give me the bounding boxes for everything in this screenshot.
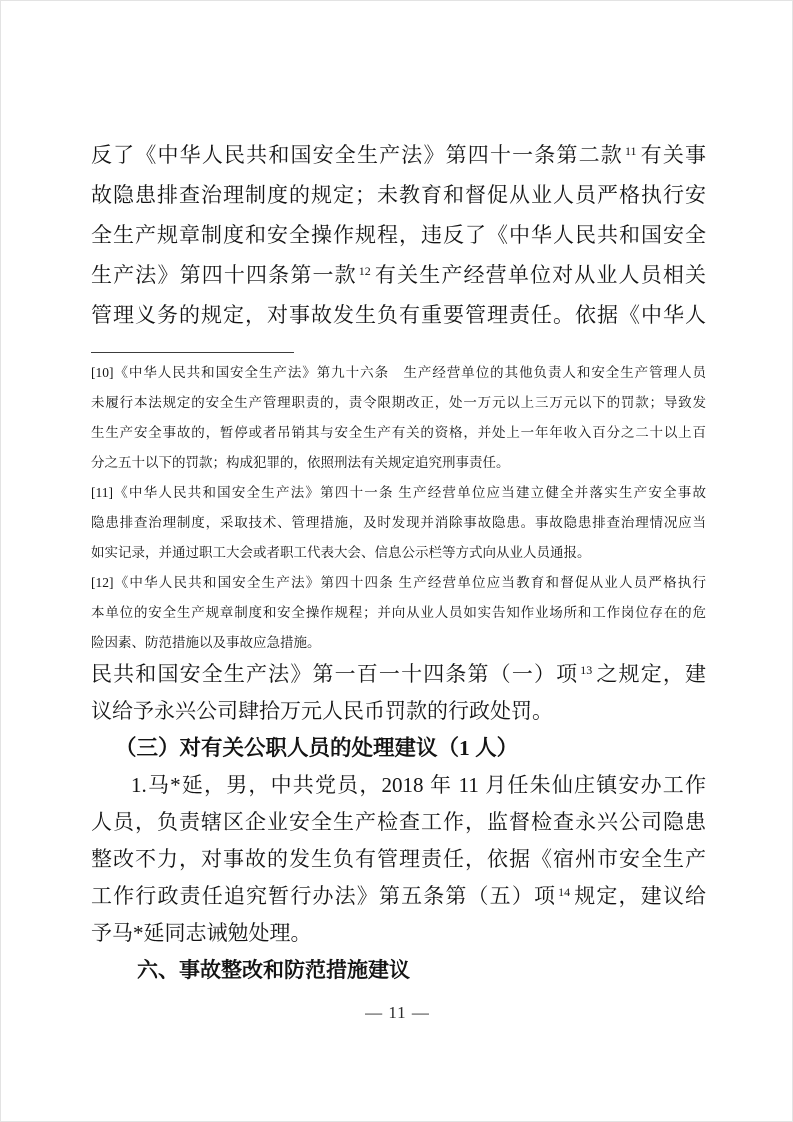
body-paragraph-top: 反了《中华人民共和国安全生产法》第四十一条第二款11有关事 故隐患排查治理制度的… [91,135,706,335]
body-paragraph-continuation: 民共和国安全生产法》第一百一十四条第（一）项13之规定，建 议给予永兴公司肆拾万… [91,656,706,989]
body-text-line: 全生产规章制度和安全操作规程，违反了《中华人民共和国安全 [91,215,706,255]
section-heading: 六、事故整改和防范措施建议 [91,952,706,989]
footnote-line: 分之五十以下的罚款；构成犯罪的，依照刑法有关规定追究刑事责任。 [91,448,706,478]
footnote-line: 如实记录，并通过职工大会或者职工代表大会、信息公示栏等方式向从业人员通报。 [91,538,706,568]
footnote-line: [10]《中华人民共和国安全生产法》第九十六条 生产经营单位的其他负责人和安全生… [91,358,706,388]
footnote-line: 未履行本法规定的安全生产管理职责的，责令限期改正，处一万元以上三万元以下的罚款；… [91,388,706,418]
subsection-heading: （三）对有关公职人员的处理建议（1 人） [91,730,706,767]
footnote-ref: 13 [580,663,592,677]
body-text-line: 予马*延同志诫勉处理。 [91,915,706,952]
body-text-line: 故隐患排查治理制度的规定；未教育和督促从业人员严格执行安 [91,175,706,215]
body-text-line: 民共和国安全生产法》第一百一十四条第（一）项13之规定，建 [91,656,706,693]
footnote-ref: 11 [625,144,637,158]
footnote-ref: 12 [359,264,371,278]
body-text-line: 反了《中华人民共和国安全生产法》第四十一条第二款11有关事 [91,135,706,175]
body-text-line: 管理义务的规定，对事故发生负有重要管理责任。依据《中华人 [91,295,706,335]
footnote-separator [91,352,294,353]
footnote-line: 隐患排查治理制度，采取技术、管理措施，及时发现并消除事故隐患。事故隐患排查治理情… [91,508,706,538]
body-text-line: 议给予永兴公司肆拾万元人民币罚款的行政处罚。 [91,693,706,730]
footnote-line: [11]《中华人民共和国安全生产法》第四十一条 生产经营单位应当建立健全并落实生… [91,478,706,508]
footnote-line: 险因素、防范措施以及事故应急措施。 [91,628,706,658]
footnote-line: [12]《中华人民共和国安全生产法》第四十四条 生产经营单位应当教育和督促从业人… [91,568,706,598]
body-text-line: 生产法》第四十四条第一款12有关生产经营单位对从业人员相关 [91,255,706,295]
body-text-line: 人员，负责辖区企业安全生产检查工作，监督检查永兴公司隐患 [91,804,706,841]
footnote-line: 本单位的安全生产规章制度和安全操作规程；并向从业人员如实告知作业场所和工作岗位存… [91,598,706,628]
footnotes-section: [10]《中华人民共和国安全生产法》第九十六条 生产经营单位的其他负责人和安全生… [91,358,706,658]
document-page: 反了《中华人民共和国安全生产法》第四十一条第二款11有关事 故隐患排查治理制度的… [0,0,793,1122]
footnote-line: 生生产安全事故的，暂停或者吊销其与安全生产有关的资格，并处上一年年收入百分之二十… [91,418,706,448]
body-text-line: 工作行政责任追究暂行办法》第五条第（五）项14规定，建议给 [91,878,706,915]
page-number: — 11 — [1,1003,793,1023]
numbered-item-line: 1.马*延，男，中共党员，2018 年 11 月任朱仙庄镇安办工作 [91,767,706,804]
body-text-line: 整改不力，对事故的发生负有管理责任，依据《宿州市安全生产 [91,841,706,878]
footnote-ref: 14 [558,885,570,899]
